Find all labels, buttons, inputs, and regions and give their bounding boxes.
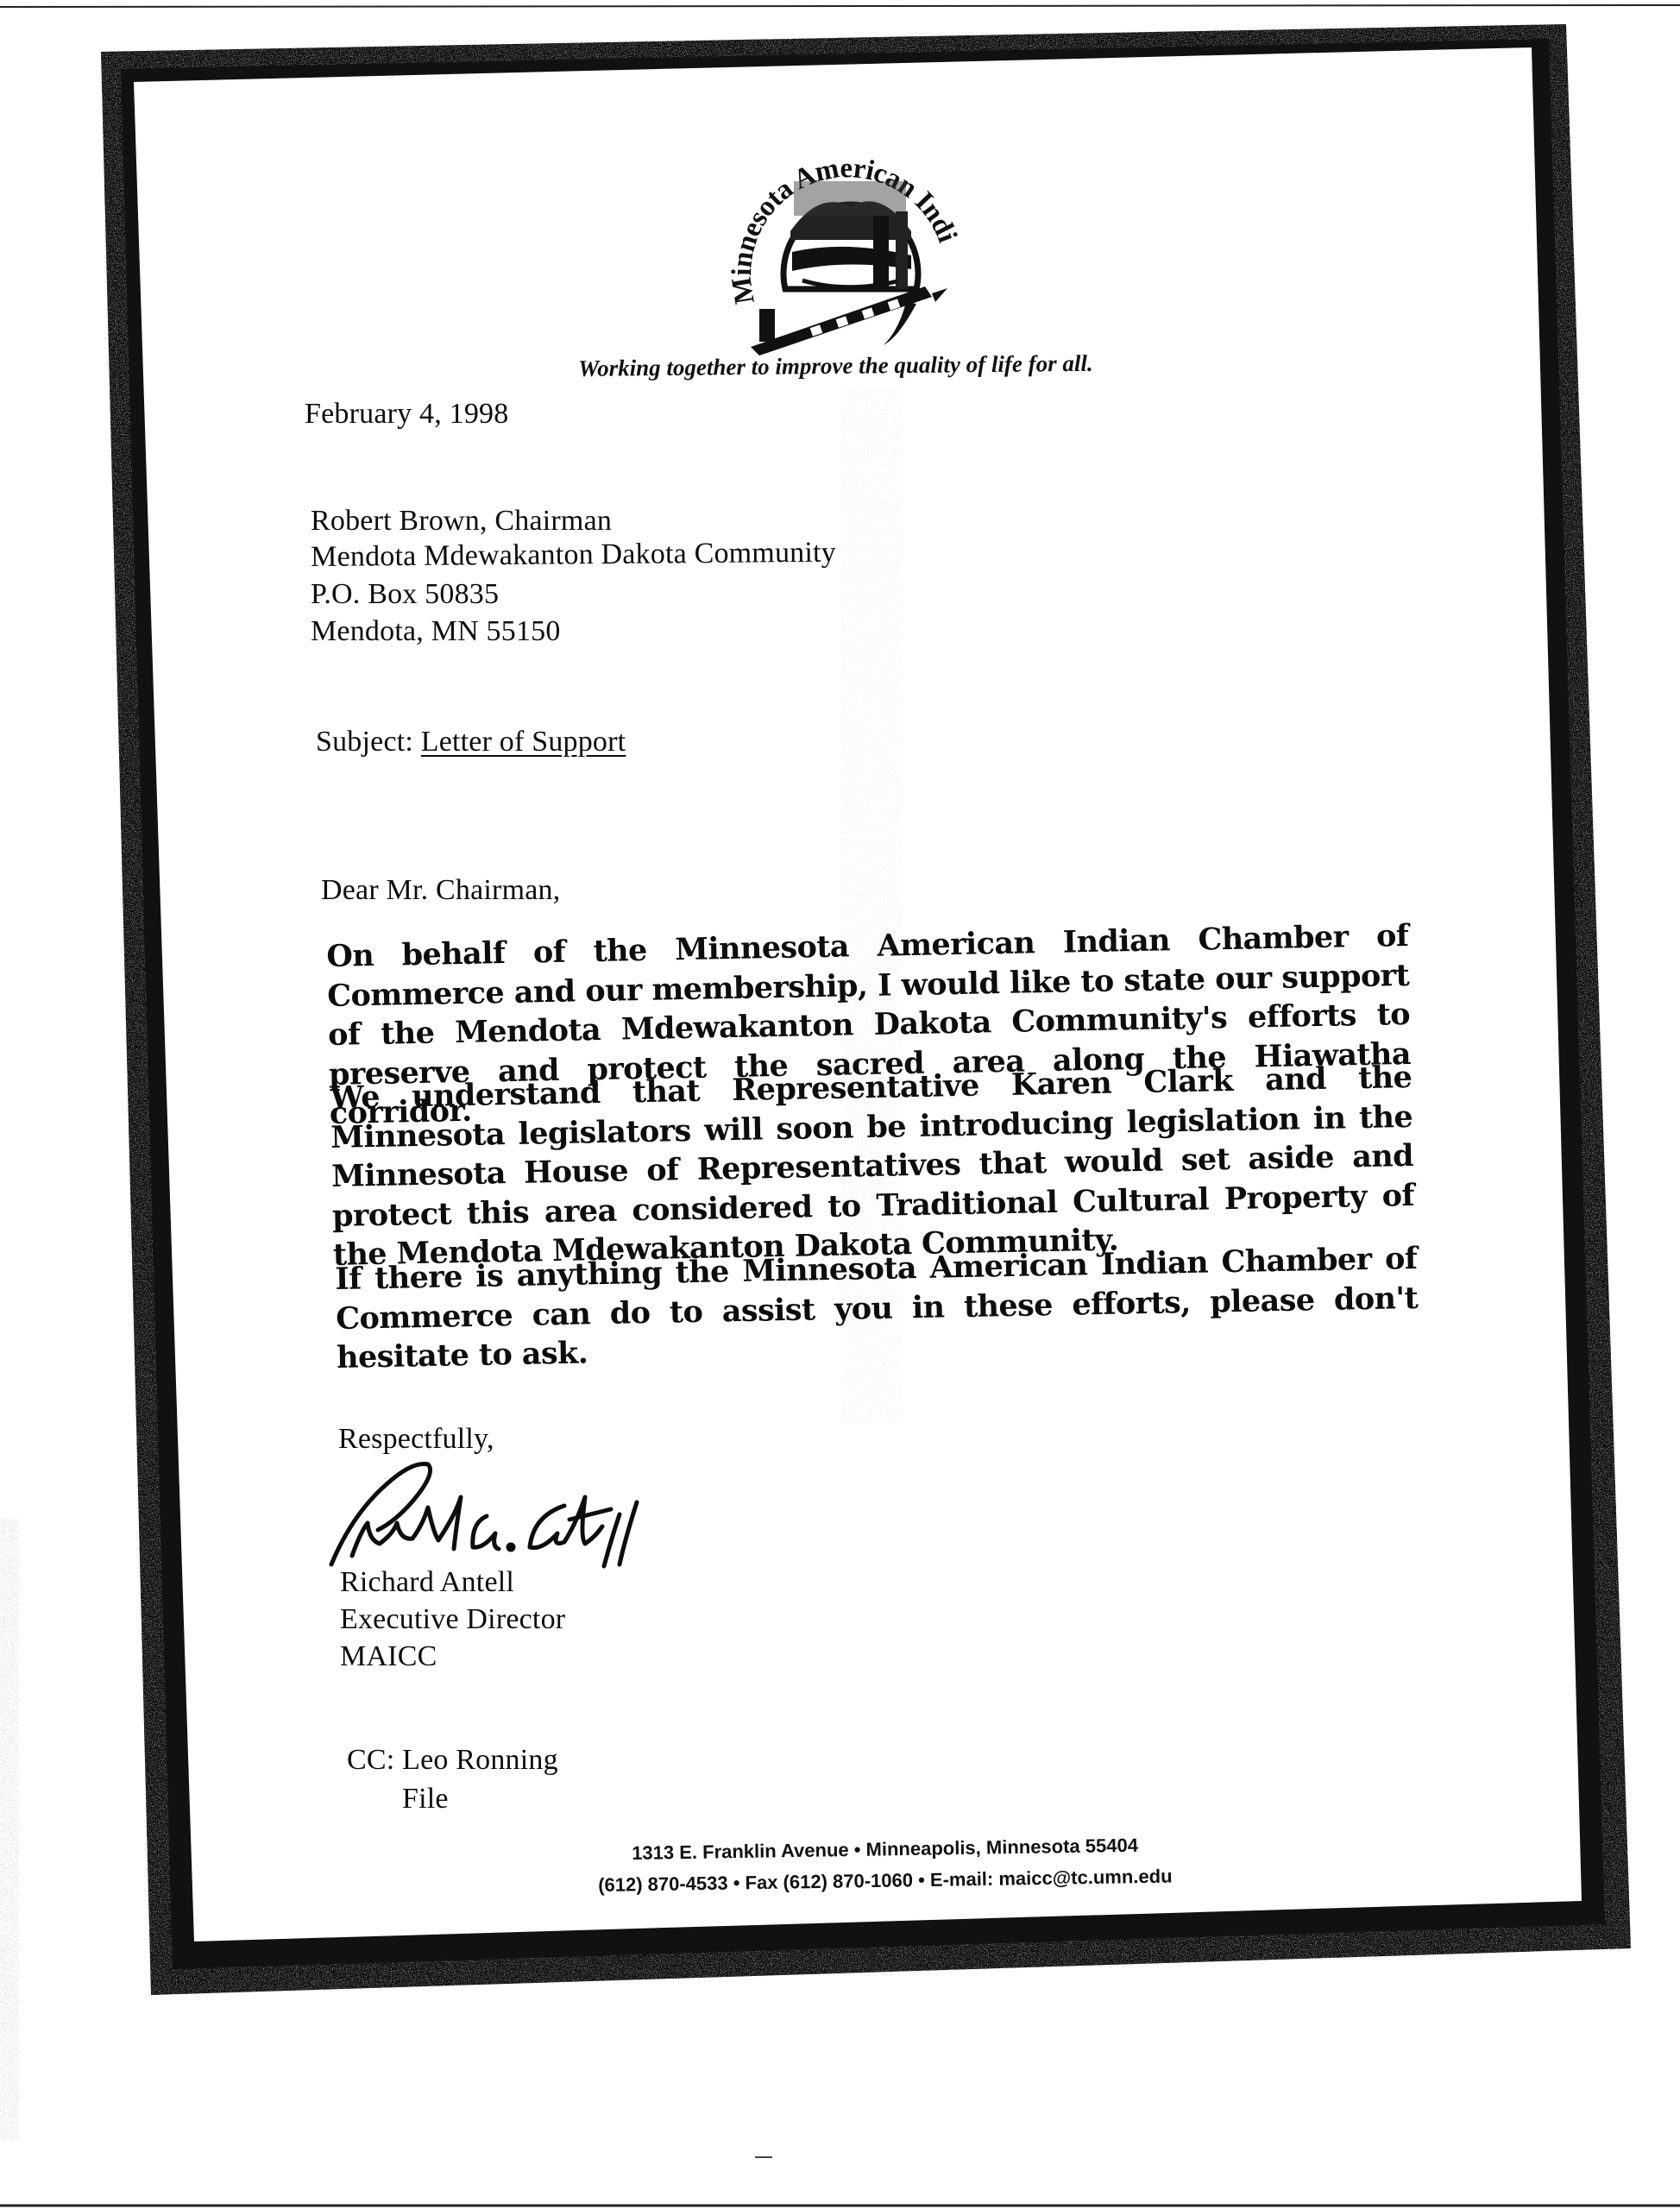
cc-recipient-1: Leo Ronning — [402, 1744, 558, 1776]
footer-contact: (612) 870-4533 • Fax (612) 870-1060 • E-… — [598, 1866, 1173, 1897]
signer-org: MAICC — [340, 1638, 437, 1676]
letterhead-tagline: Working together to improve the quality … — [578, 350, 1093, 382]
chamber-logo-icon: Minnesota American Indian Chamber of Com… — [673, 86, 1035, 362]
footer-address: 1313 E. Franklin Avenue • Minneapolis, M… — [632, 1835, 1138, 1865]
letter-date: February 4, 1998 — [305, 395, 508, 433]
subject-label: Subject: — [316, 726, 413, 758]
signer-title: Executive Director — [340, 1601, 565, 1639]
recipient-name: Robert Brown, Chairman — [311, 502, 612, 540]
recipient-po-box: P.O. Box 50835 — [311, 576, 499, 614]
signer-name: Richard Antell — [340, 1564, 514, 1602]
letter-page: Minnesota American Indian Chamber of Com… — [0, 0, 1680, 2209]
cc-label: CC: — [347, 1744, 394, 1776]
subject-value: Letter of Support — [421, 726, 626, 758]
salutation: Dear Mr. Chairman, — [321, 872, 560, 909]
subject-line: Subject: Letter of Support — [316, 723, 626, 761]
signature-icon — [326, 1454, 654, 1570]
recipient-organization: Mendota Mdewakanton Dakota Community — [311, 534, 836, 576]
cc-recipient-2: File — [402, 1780, 449, 1818]
cc-line: CC: Leo Ronning — [347, 1741, 558, 1779]
closing: Respectfully, — [338, 1420, 494, 1458]
body-paragraph-3: If there is anything the Minnesota Ameri… — [335, 1239, 1419, 1378]
recipient-city-state-zip: Mendota, MN 55150 — [311, 613, 561, 651]
